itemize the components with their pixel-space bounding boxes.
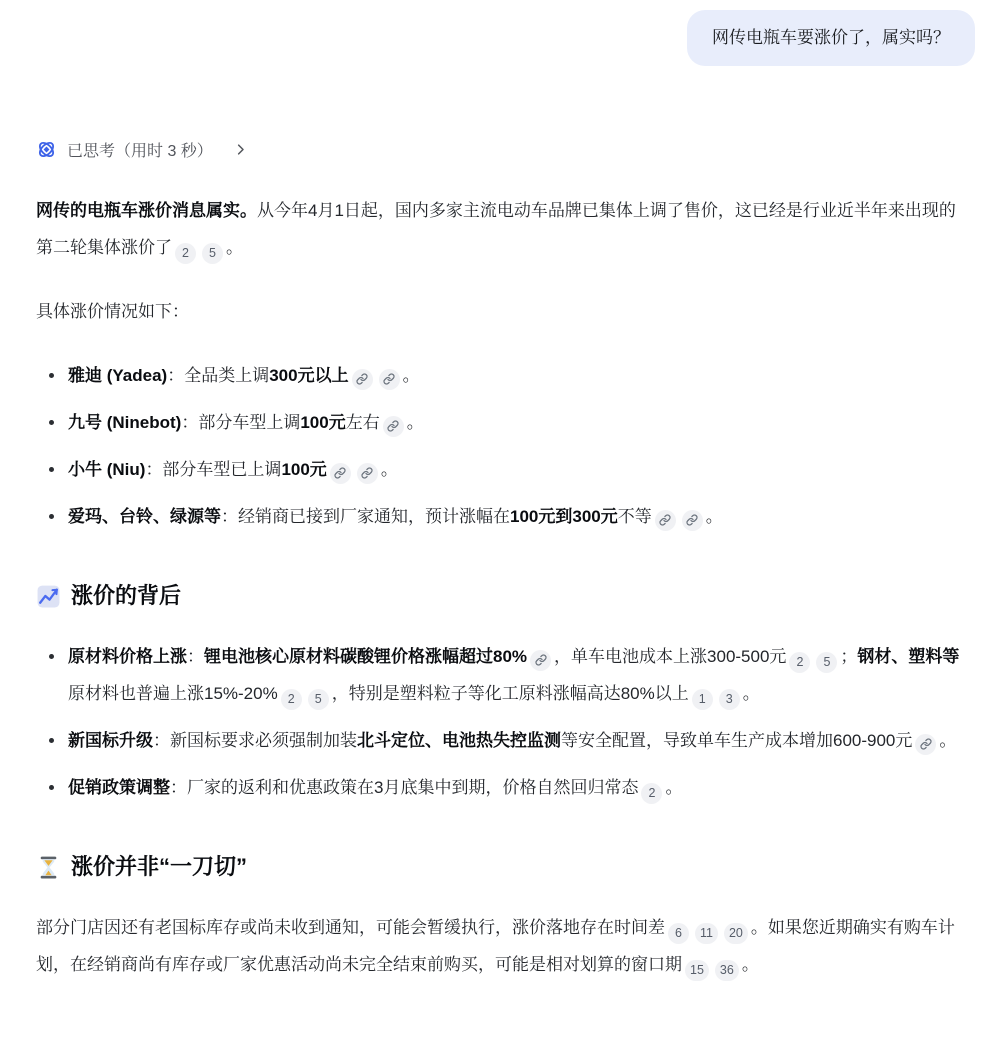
- citation-badge[interactable]: 15: [685, 960, 709, 981]
- bold-text-run: 北斗定位、电池热失控监测: [357, 731, 561, 750]
- citation-badge[interactable]: 5: [308, 689, 329, 710]
- link-icon[interactable]: [379, 369, 400, 390]
- citation-badge[interactable]: 2: [641, 783, 662, 804]
- user-message-bubble: 网传电瓶车要涨价了，属实吗？: [687, 10, 975, 66]
- bold-text-run: 新国标升级: [68, 731, 153, 750]
- bold-text-run: 100元: [281, 460, 326, 479]
- list-item: 雅迪 (Yadea)：全品类上调300元以上。: [46, 357, 960, 394]
- thinking-toggle[interactable]: 已思考（用时 3 秒）: [36, 138, 248, 161]
- text-run: 。: [665, 778, 682, 797]
- assistant-message-content: 网传的电瓶车涨价消息属实。从今年4月1日起，国内多家主流电动车品牌已集体上调了售…: [36, 192, 960, 983]
- paragraph: 网传的电瓶车涨价消息属实。从今年4月1日起，国内多家主流电动车品牌已集体上调了售…: [36, 192, 960, 266]
- link-icon[interactable]: [655, 510, 676, 531]
- text-run: 。: [381, 460, 398, 479]
- link-icon[interactable]: [915, 734, 936, 755]
- paragraph: 具体涨价情况如下：: [36, 293, 960, 330]
- list-item: 九号 (Ninebot)：部分车型上调100元左右。: [46, 404, 960, 441]
- bold-text-run: 钢材、塑料等: [857, 647, 959, 666]
- text-run: ，单车电池成本上涨300-500元: [554, 647, 786, 666]
- citation-badge[interactable]: 6: [668, 923, 689, 944]
- thinking-atom-icon: [36, 139, 57, 160]
- bold-text-run: 100元: [300, 413, 345, 432]
- bold-text-run: 小牛 (Niu): [68, 460, 145, 479]
- citation-badge[interactable]: 2: [789, 652, 810, 673]
- bullet-list: 雅迪 (Yadea)：全品类上调300元以上。九号 (Ninebot)：部分车型…: [36, 357, 960, 535]
- chart-increasing-icon: [36, 584, 61, 609]
- user-message-row: 网传电瓶车要涨价了，属实吗？: [0, 0, 996, 66]
- text-run: 。: [226, 238, 243, 257]
- link-icon[interactable]: [682, 510, 703, 531]
- text-run: 等安全配置，导致单车生产成本增加600-900元: [561, 731, 912, 750]
- text-run: 。: [939, 731, 956, 750]
- thinking-label: 已思考（用时 3 秒）: [67, 138, 213, 161]
- link-icon[interactable]: [330, 463, 351, 484]
- hourglass-icon: [36, 855, 61, 880]
- citation-badge[interactable]: 11: [695, 923, 718, 944]
- citation-badge[interactable]: 36: [715, 960, 739, 981]
- text-run: ：经销商已接到厂家通知，预计涨幅在: [221, 507, 510, 526]
- list-item: 爱玛、台铃、绿源等：经销商已接到厂家通知，预计涨幅在100元到300元不等。: [46, 498, 960, 535]
- list-item: 新国标升级：新国标要求必须强制加装北斗定位、电池热失控监测等安全配置，导致单车生…: [46, 722, 960, 759]
- link-icon[interactable]: [357, 463, 378, 484]
- user-message-text: 网传电瓶车要涨价了，属实吗？: [712, 28, 950, 47]
- text-run: 。: [407, 413, 424, 432]
- section-heading: 涨价并非“一刀切”: [36, 852, 960, 882]
- text-run: 。: [742, 955, 759, 974]
- text-run: 。: [706, 507, 723, 526]
- assistant-answer: 已思考（用时 3 秒） 网传的电瓶车涨价消息属实。从今年4月1日起，国内多家主流…: [0, 66, 996, 983]
- bold-text-run: 九号 (Ninebot): [68, 413, 181, 432]
- bold-text-run: 雅迪 (Yadea): [68, 366, 167, 385]
- bullet-list: 原材料价格上涨：锂电池核心原材料碳酸锂价格涨幅超过80%，单车电池成本上涨300…: [36, 638, 960, 806]
- text-run: 具体涨价情况如下：: [36, 302, 189, 321]
- section-heading-text: 涨价并非“一刀切”: [71, 852, 247, 882]
- citation-badge[interactable]: 2: [175, 243, 196, 264]
- text-run: 原材料也普遍上涨15%-20%: [68, 684, 278, 703]
- link-icon[interactable]: [530, 650, 551, 671]
- text-run: 不等: [618, 507, 652, 526]
- section-heading-text: 涨价的背后: [71, 581, 181, 611]
- citation-badge[interactable]: 20: [724, 923, 748, 944]
- text-run: 左右: [346, 413, 380, 432]
- text-run: ；: [840, 647, 857, 666]
- citation-badge[interactable]: 2: [281, 689, 302, 710]
- text-run: ：全品类上调: [167, 366, 269, 385]
- paragraph: 部分门店因还有老国标库存或尚未收到通知，可能会暂缓执行，涨价落地存在时间差611…: [36, 909, 960, 983]
- bold-text-run: 网传的电瓶车涨价消息属实。: [36, 201, 257, 220]
- text-run: ：部分车型上调: [181, 413, 300, 432]
- bold-text-run: 300元以上: [269, 366, 348, 385]
- citation-badge[interactable]: 1: [692, 689, 713, 710]
- citation-badge[interactable]: 5: [202, 243, 223, 264]
- text-run: 。: [743, 684, 760, 703]
- chevron-right-icon: [233, 142, 248, 157]
- link-icon[interactable]: [383, 416, 404, 437]
- text-run: ：部分车型已上调: [145, 460, 281, 479]
- section-heading: 涨价的背后: [36, 581, 960, 611]
- list-item: 小牛 (Niu)：部分车型已上调100元。: [46, 451, 960, 488]
- list-item: 原材料价格上涨：锂电池核心原材料碳酸锂价格涨幅超过80%，单车电池成本上涨300…: [46, 638, 960, 712]
- bold-text-run: 原材料价格上涨: [68, 647, 187, 666]
- text-run: 部分门店因还有老国标库存或尚未收到通知，可能会暂缓执行，涨价落地存在时间差: [36, 918, 665, 937]
- link-icon[interactable]: [352, 369, 373, 390]
- citation-badge[interactable]: 3: [719, 689, 740, 710]
- bold-text-run: 爱玛、台铃、绿源等: [68, 507, 221, 526]
- text-run: ：新国标要求必须强制加装: [153, 731, 357, 750]
- list-item: 促销政策调整：厂家的返利和优惠政策在3月底集中到期，价格自然回归常态2。: [46, 769, 960, 806]
- text-run: 。: [403, 366, 420, 385]
- bold-text-run: 促销政策调整: [68, 778, 170, 797]
- text-run: ，特别是塑料粒子等化工原料涨幅高达80%以上: [332, 684, 689, 703]
- bold-text-run: 锂电池核心原材料碳酸锂价格涨幅超过80%: [204, 647, 527, 666]
- text-run: ：: [187, 647, 204, 666]
- citation-badge[interactable]: 5: [816, 652, 837, 673]
- text-run: ：厂家的返利和优惠政策在3月底集中到期，价格自然回归常态: [170, 778, 638, 797]
- bold-text-run: 100元到300元: [510, 507, 618, 526]
